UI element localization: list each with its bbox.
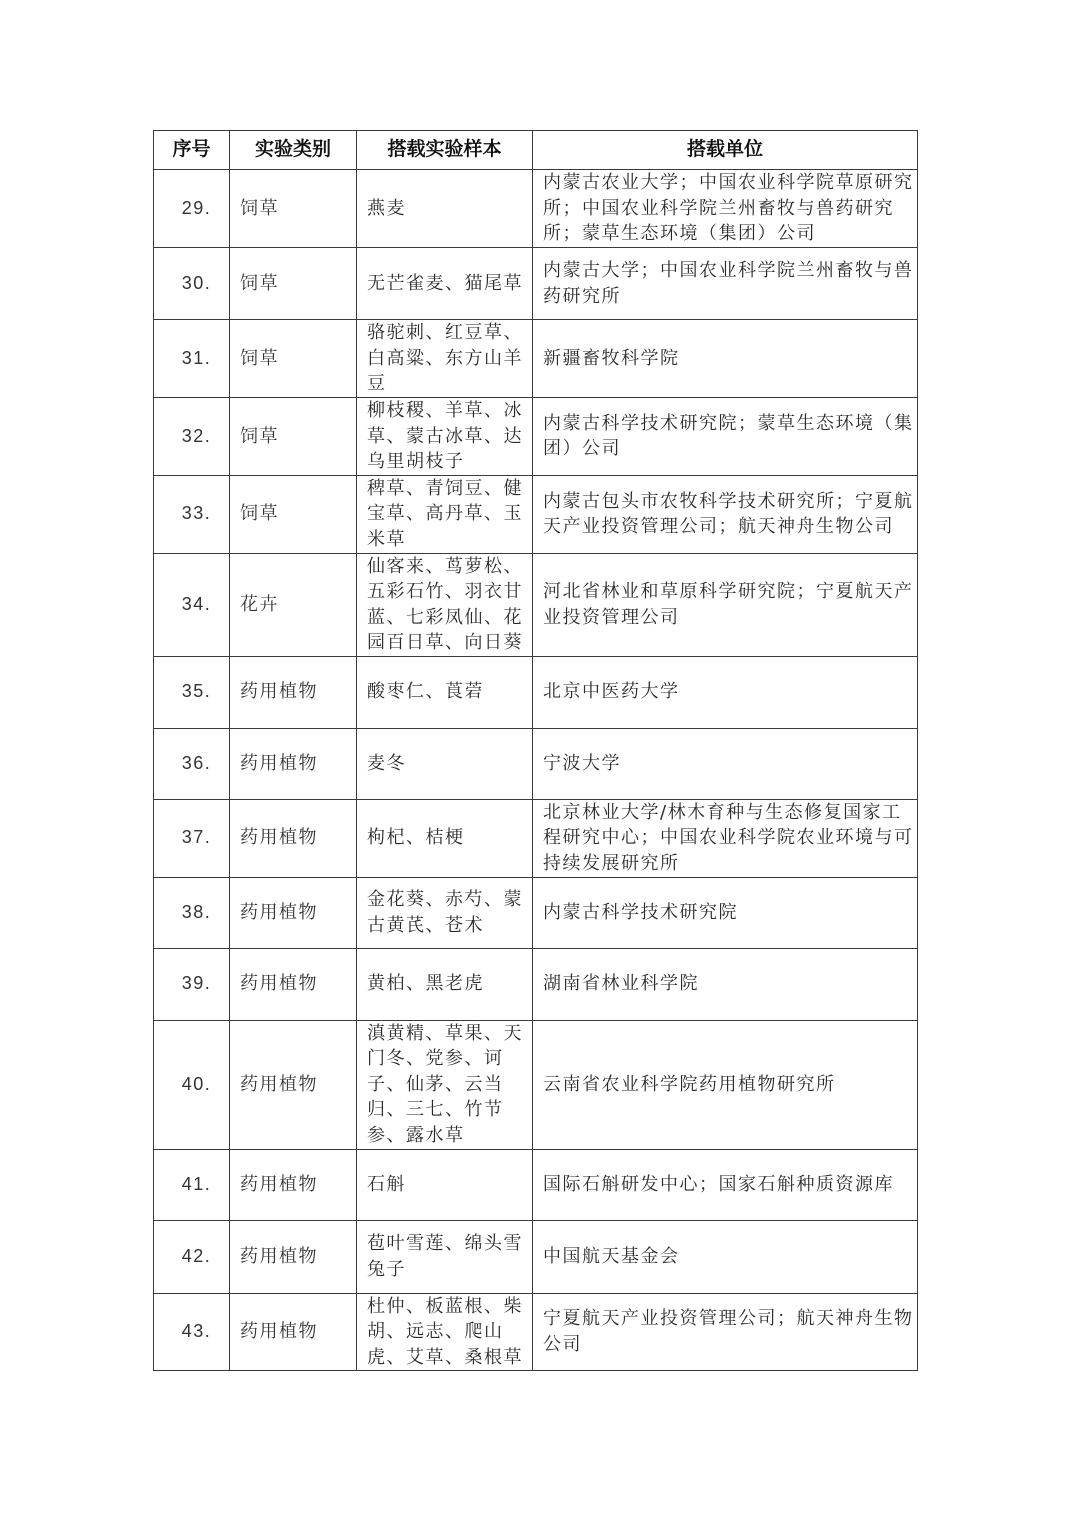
- units-cell: 中国航天基金会: [533, 1220, 918, 1293]
- units-cell: 河北省林业和草原科学研究院；宁夏航天产业投资管理公司: [533, 553, 918, 656]
- category-cell: 药用植物: [230, 1293, 357, 1371]
- units-cell: 内蒙古大学；中国农业科学院兰州畜牧与兽药研究所: [533, 248, 918, 320]
- category-cell: 药用植物: [230, 728, 357, 799]
- samples-cell: 金花葵、赤芍、蒙古黄芪、苍术: [357, 877, 533, 948]
- samples-cell: 苞叶雪莲、绵头雪兔子: [357, 1220, 533, 1293]
- serial-number-cell: 41.: [154, 1149, 230, 1220]
- units-cell: 云南省农业科学院药用植物研究所: [533, 1020, 918, 1149]
- table-row: 42.药用植物苞叶雪莲、绵头雪兔子中国航天基金会: [154, 1220, 918, 1293]
- table-row: 38.药用植物金花葵、赤芍、蒙古黄芪、苍术内蒙古科学技术研究院: [154, 877, 918, 948]
- category-cell: 饲草: [230, 320, 357, 398]
- units-cell: 新疆畜牧科学院: [533, 320, 918, 398]
- units-cell: 北京中医药大学: [533, 656, 918, 728]
- serial-number-cell: 39.: [154, 948, 230, 1020]
- samples-cell: 杜仲、板蓝根、柴胡、远志、爬山虎、艾草、桑根草: [357, 1293, 533, 1371]
- header-payload-units: 搭载单位: [533, 131, 918, 170]
- serial-number-cell: 43.: [154, 1293, 230, 1371]
- samples-cell: 柳枝稷、羊草、冰草、蒙古冰草、达乌里胡枝子: [357, 398, 533, 476]
- samples-cell: 骆驼刺、红豆草、白高粱、东方山羊豆: [357, 320, 533, 398]
- serial-number-cell: 42.: [154, 1220, 230, 1293]
- category-cell: 药用植物: [230, 799, 357, 877]
- samples-cell: 无芒雀麦、猫尾草: [357, 248, 533, 320]
- category-cell: 药用植物: [230, 948, 357, 1020]
- table-row: 35.药用植物酸枣仁、莨菪北京中医药大学: [154, 656, 918, 728]
- payload-table: 序号 实验类别 搭载实验样本 搭载单位 29.饲草燕麦内蒙古农业大学；中国农业科…: [153, 130, 918, 1371]
- category-cell: 药用植物: [230, 877, 357, 948]
- category-cell: 饲草: [230, 398, 357, 476]
- serial-number-cell: 33.: [154, 475, 230, 553]
- header-payload-samples: 搭载实验样本: [357, 131, 533, 170]
- units-cell: 国际石斛研发中心；国家石斛种质资源库: [533, 1149, 918, 1220]
- table-row: 41.药用植物石斛国际石斛研发中心；国家石斛种质资源库: [154, 1149, 918, 1220]
- table-row: 31.饲草骆驼刺、红豆草、白高粱、东方山羊豆新疆畜牧科学院: [154, 320, 918, 398]
- samples-cell: 稗草、青饲豆、健宝草、高丹草、玉米草: [357, 475, 533, 553]
- samples-cell: 枸杞、桔梗: [357, 799, 533, 877]
- serial-number-cell: 38.: [154, 877, 230, 948]
- category-cell: 药用植物: [230, 656, 357, 728]
- table-row: 40.药用植物滇黄精、草果、天门冬、党参、诃子、仙茅、云当归、三七、竹节参、露水…: [154, 1020, 918, 1149]
- category-cell: 饲草: [230, 475, 357, 553]
- units-cell: 湖南省林业科学院: [533, 948, 918, 1020]
- header-serial-number: 序号: [154, 131, 230, 170]
- table-row: 37.药用植物枸杞、桔梗北京林业大学/林木育种与生态修复国家工程研究中心；中国农…: [154, 799, 918, 877]
- table-row: 29.饲草燕麦内蒙古农业大学；中国农业科学院草原研究所；中国农业科学院兰州畜牧与…: [154, 170, 918, 248]
- serial-number-cell: 35.: [154, 656, 230, 728]
- samples-cell: 酸枣仁、莨菪: [357, 656, 533, 728]
- serial-number-cell: 36.: [154, 728, 230, 799]
- units-cell: 宁波大学: [533, 728, 918, 799]
- units-cell: 内蒙古农业大学；中国农业科学院草原研究所；中国农业科学院兰州畜牧与兽药研究所；蒙…: [533, 170, 918, 248]
- samples-cell: 滇黄精、草果、天门冬、党参、诃子、仙茅、云当归、三七、竹节参、露水草: [357, 1020, 533, 1149]
- category-cell: 花卉: [230, 553, 357, 656]
- serial-number-cell: 29.: [154, 170, 230, 248]
- table-row: 33.饲草稗草、青饲豆、健宝草、高丹草、玉米草内蒙古包头市农牧科学技术研究所；宁…: [154, 475, 918, 553]
- category-cell: 药用植物: [230, 1020, 357, 1149]
- units-cell: 北京林业大学/林木育种与生态修复国家工程研究中心；中国农业科学院农业环境与可持续…: [533, 799, 918, 877]
- units-cell: 内蒙古包头市农牧科学技术研究所；宁夏航天产业投资管理公司；航天神舟生物公司: [533, 475, 918, 553]
- units-cell: 内蒙古科学技术研究院；蒙草生态环境（集团）公司: [533, 398, 918, 476]
- table-header-row: 序号 实验类别 搭载实验样本 搭载单位: [154, 131, 918, 170]
- units-cell: 宁夏航天产业投资管理公司；航天神舟生物公司: [533, 1293, 918, 1371]
- table-row: 36.药用植物麦冬宁波大学: [154, 728, 918, 799]
- category-cell: 饲草: [230, 248, 357, 320]
- category-cell: 药用植物: [230, 1149, 357, 1220]
- table-row: 34.花卉仙客来、茑萝松、五彩石竹、羽衣甘蓝、七彩凤仙、花园百日草、向日葵河北省…: [154, 553, 918, 656]
- serial-number-cell: 32.: [154, 398, 230, 476]
- serial-number-cell: 40.: [154, 1020, 230, 1149]
- serial-number-cell: 37.: [154, 799, 230, 877]
- table-row: 32.饲草柳枝稷、羊草、冰草、蒙古冰草、达乌里胡枝子内蒙古科学技术研究院；蒙草生…: [154, 398, 918, 476]
- serial-number-cell: 31.: [154, 320, 230, 398]
- samples-cell: 黄柏、黑老虎: [357, 948, 533, 1020]
- serial-number-cell: 34.: [154, 553, 230, 656]
- units-cell: 内蒙古科学技术研究院: [533, 877, 918, 948]
- category-cell: 药用植物: [230, 1220, 357, 1293]
- table-row: 30.饲草无芒雀麦、猫尾草内蒙古大学；中国农业科学院兰州畜牧与兽药研究所: [154, 248, 918, 320]
- table-row: 39.药用植物黄柏、黑老虎湖南省林业科学院: [154, 948, 918, 1020]
- table-row: 43.药用植物杜仲、板蓝根、柴胡、远志、爬山虎、艾草、桑根草宁夏航天产业投资管理…: [154, 1293, 918, 1371]
- serial-number-cell: 30.: [154, 248, 230, 320]
- samples-cell: 石斛: [357, 1149, 533, 1220]
- category-cell: 饲草: [230, 170, 357, 248]
- header-experiment-category: 实验类别: [230, 131, 357, 170]
- samples-cell: 仙客来、茑萝松、五彩石竹、羽衣甘蓝、七彩凤仙、花园百日草、向日葵: [357, 553, 533, 656]
- samples-cell: 麦冬: [357, 728, 533, 799]
- samples-cell: 燕麦: [357, 170, 533, 248]
